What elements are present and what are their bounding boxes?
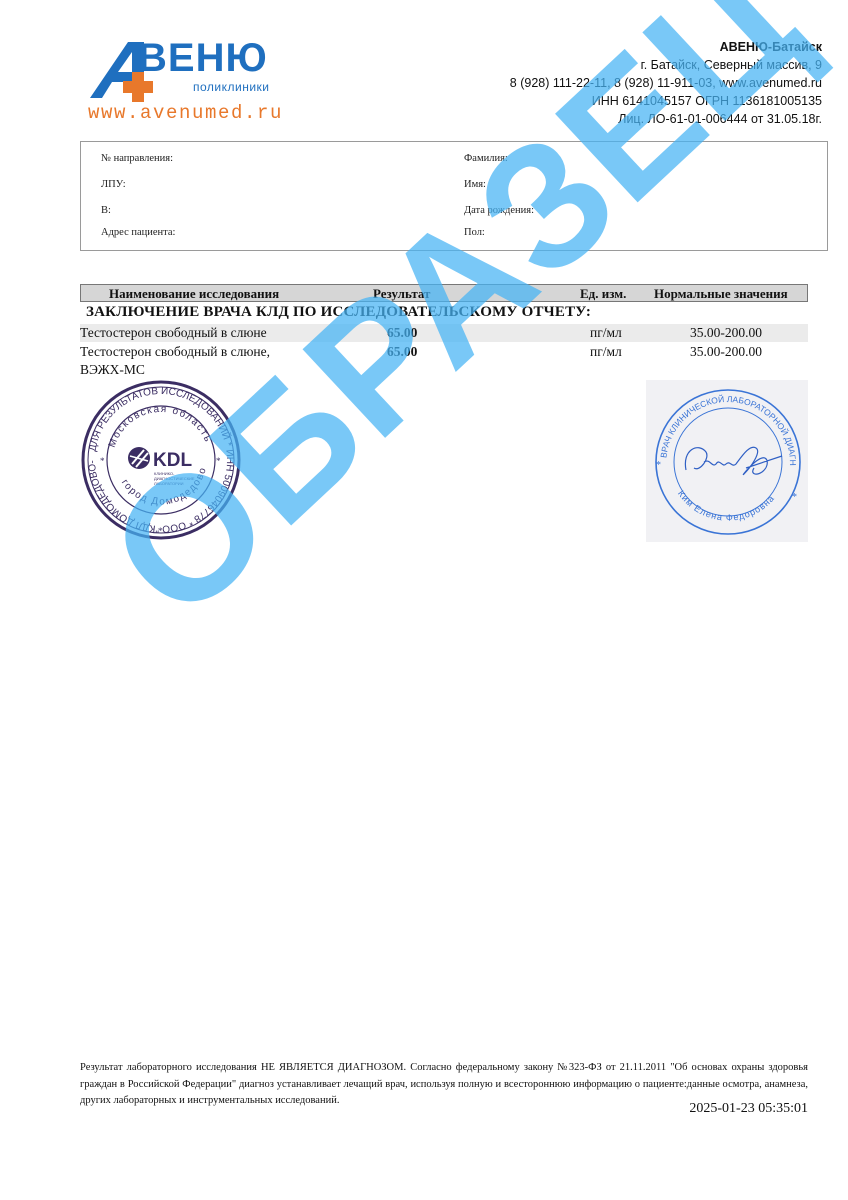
column-header-name: Наименование исследования bbox=[109, 286, 279, 302]
svg-text:ВРАЧ КЛИНИЧЕСКОЙ ЛАБОРАТОРНОЙ: ВРАЧ КЛИНИЧЕСКОЙ ЛАБОРАТОРНОЙ ДИАГНОСТИК… bbox=[646, 380, 798, 466]
organization-registration: ИНН 6141045157 ОГРН 1136181005135 bbox=[510, 92, 822, 110]
test-normal-range: 35.00-200.00 bbox=[690, 325, 762, 341]
column-header-unit: Ед. изм. bbox=[580, 286, 626, 302]
doctor-stamp-title: ВРАЧ КЛИНИЧЕСКОЙ ЛАБОРАТОРНОЙ ДИАГНОСТИК… bbox=[646, 380, 798, 466]
column-header-normal: Нормальные значения bbox=[654, 286, 788, 302]
svg-text:*: * bbox=[100, 456, 105, 466]
lab-stamp-logo: KDL bbox=[153, 450, 192, 471]
svg-text:*: * bbox=[656, 460, 661, 471]
section-title: ЗАКЛЮЧЕНИЕ ВРАЧА КЛД ПО ИССЛЕДОВАТЕЛЬСКО… bbox=[86, 304, 591, 321]
lab-stamp: ДЛЯ РЕЗУЛЬТАТОВ ИССЛЕДОВАНИЙ * ИНН 50090… bbox=[80, 378, 242, 542]
table-row: Тестостерон свободный в слюне 65.00 пг/м… bbox=[80, 324, 808, 342]
results-table-header: Наименование исследования Результат Ед. … bbox=[80, 284, 808, 302]
referral-number-label: № направления: bbox=[101, 153, 173, 164]
test-unit: пг/мл bbox=[590, 344, 622, 360]
organization-address: г. Батайск, Северный массив, 9 bbox=[510, 56, 822, 74]
lab-stamp-seal-icon: ДЛЯ РЕЗУЛЬТАТОВ ИССЛЕДОВАНИЙ * ИНН 50090… bbox=[80, 378, 242, 542]
svg-text:*: * bbox=[158, 526, 163, 536]
surname-label: Фамилия: bbox=[464, 153, 508, 164]
table-row: Тестостерон свободный в слюне, 65.00 пг/… bbox=[80, 343, 808, 361]
test-unit: пг/мл bbox=[590, 325, 622, 341]
svg-text:Ким Елена Федоровна: Ким Елена Федоровна bbox=[676, 489, 777, 523]
test-name-continuation: ВЭЖХ-МС bbox=[80, 362, 145, 378]
test-normal-range: 35.00-200.00 bbox=[690, 344, 762, 360]
patient-address-label: Адрес пациента: bbox=[101, 227, 175, 238]
first-name-label: Имя: bbox=[464, 179, 486, 190]
column-header-result: Результат bbox=[373, 286, 430, 302]
svg-text:*: * bbox=[216, 456, 221, 466]
test-result: 65.00 bbox=[387, 344, 417, 360]
patient-info-box: № направления: ЛПУ: В: Адрес пациента: Ф… bbox=[80, 141, 828, 251]
organization-license: Лиц. ЛО-61-01-006444 от 31.05.18г. bbox=[510, 110, 822, 128]
v-label: В: bbox=[101, 205, 111, 216]
svg-text:Московская область: Московская область bbox=[107, 404, 214, 449]
signature-icon bbox=[685, 447, 782, 474]
logo-url[interactable]: www.avenumed.ru bbox=[88, 102, 283, 124]
logo-brand-text: ВЕНЮ bbox=[138, 38, 268, 78]
logo-subtitle: поликлиники bbox=[193, 80, 270, 94]
report-timestamp: 2025-01-23 05:35:01 bbox=[689, 1101, 808, 1117]
test-name: Тестостерон свободный в слюне, bbox=[80, 344, 270, 360]
organization-contacts: 8 (928) 111-22-11, 8 (928) 11-911-03, ww… bbox=[510, 74, 822, 92]
doctor-stamp-name: Ким Елена Федоровна bbox=[676, 489, 777, 523]
test-name: Тестостерон свободный в слюне bbox=[80, 325, 267, 341]
doctor-stamp-seal-icon: ВРАЧ КЛИНИЧЕСКОЙ ЛАБОРАТОРНОЙ ДИАГНОСТИК… bbox=[646, 380, 808, 542]
organization-name: АВЕНЮ-Батайск bbox=[510, 38, 822, 56]
svg-text:*: * bbox=[792, 492, 797, 503]
test-result: 65.00 bbox=[387, 325, 417, 341]
lab-stamp-inner-top: Московская область bbox=[107, 404, 214, 449]
svg-text:ЛАБОРАТОРИИ: ЛАБОРАТОРИИ bbox=[154, 481, 184, 486]
clinic-logo: ВЕНЮ поликлиники www.avenumed.ru bbox=[88, 38, 308, 128]
lpu-label: ЛПУ: bbox=[101, 179, 126, 190]
sex-label: Пол: bbox=[464, 227, 485, 238]
doctor-stamp: ВРАЧ КЛИНИЧЕСКОЙ ЛАБОРАТОРНОЙ ДИАГНОСТИК… bbox=[646, 380, 808, 542]
organization-info: АВЕНЮ-Батайск г. Батайск, Северный масси… bbox=[510, 38, 822, 128]
birth-date-label: Дата рождения: bbox=[464, 205, 534, 216]
